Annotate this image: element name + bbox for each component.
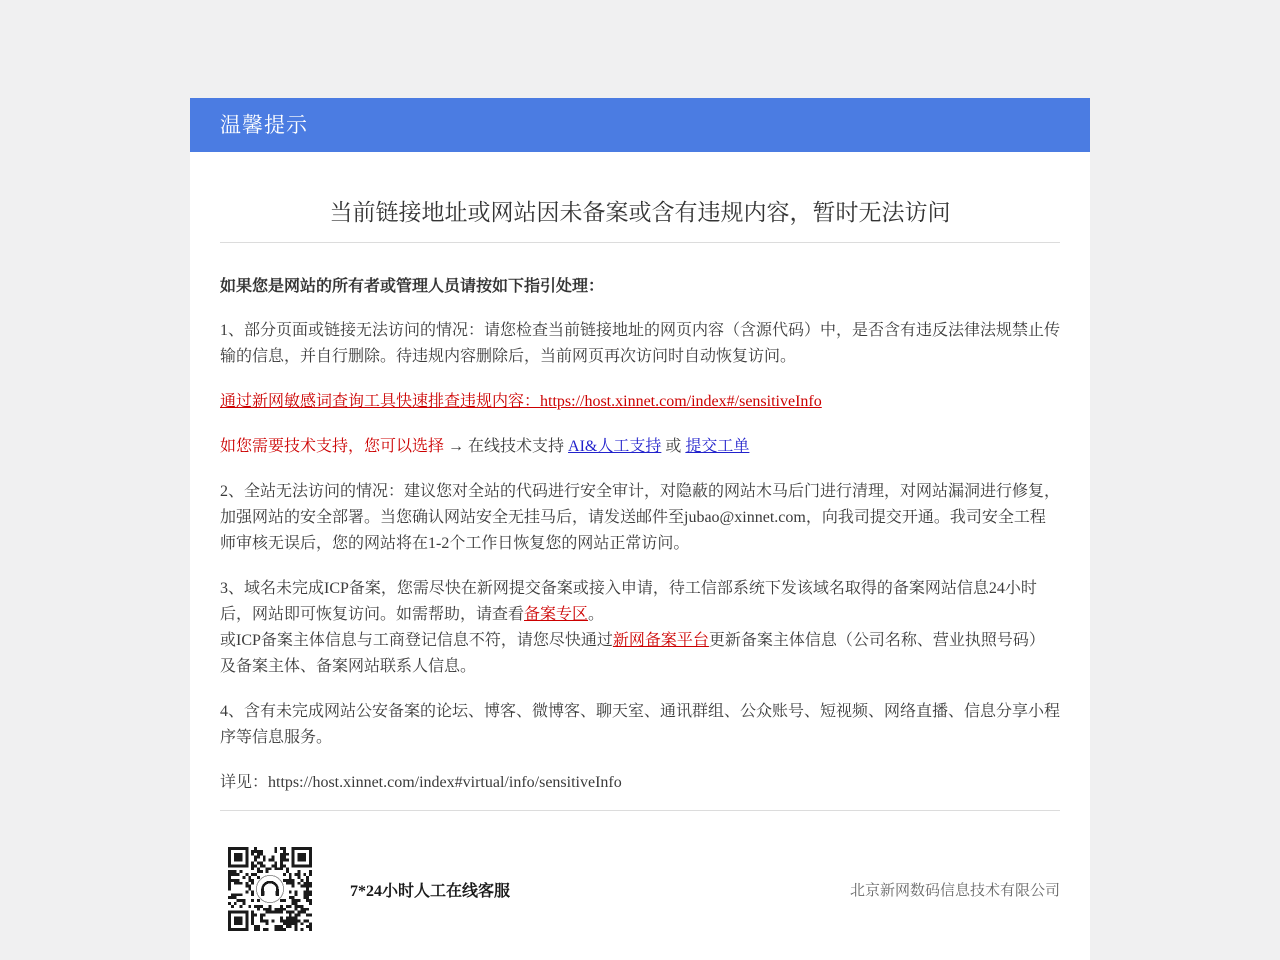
company-name: 北京新网数码信息技术有限公司: [850, 879, 1060, 900]
footer-divider: [220, 810, 1060, 811]
support-prefix-text: 如您需要技术支持，您可以选择: [220, 438, 444, 455]
support-paragraph: 如您需要技术支持，您可以选择 → 在线技术支持 AI&人工支持 或 提交工单: [220, 434, 1060, 460]
notice-header-bar: 温馨提示: [190, 98, 1090, 152]
sensitive-word-tool-link[interactable]: 通过新网敏感词查询工具快速排查违规内容：https://host.xinnet.…: [220, 393, 822, 410]
headset-icon: [256, 875, 283, 902]
intro-heading: 如果您是网站的所有者或管理人员请按如下指引处理：: [220, 275, 1060, 299]
sensitive-link-paragraph: 通过新网敏感词查询工具快速排查违规内容：https://host.xinnet.…: [220, 389, 1060, 415]
qr-caption: 7*24小时人工在线客服: [350, 878, 510, 901]
title-divider: [220, 242, 1060, 243]
item3-paragraph: 3、域名未完成ICP备案，您需尽快在新网提交备案或接入申请，待工信部系统下发该域…: [220, 576, 1060, 680]
beian-platform-link[interactable]: 新网备案平台: [613, 632, 709, 649]
footer: 7*24小时人工在线客服 北京新网数码信息技术有限公司: [220, 847, 1060, 931]
notice-content: 当前链接地址或网站因未备案或含有违规内容，暂时无法访问 如果您是网站的所有者或管…: [190, 198, 1090, 931]
ai-support-link[interactable]: AI&人工支持: [568, 438, 661, 455]
beian-zone-link[interactable]: 备案专区: [524, 606, 588, 623]
submit-ticket-link[interactable]: 提交工单: [685, 438, 749, 455]
item1-paragraph: 1、部分页面或链接无法访问的情况：请您检查当前链接地址的网页内容（含源代码）中，…: [220, 318, 1060, 370]
item3-text-1: 3、域名未完成ICP备案，您需尽快在新网提交备案或接入申请，待工信部系统下发该域…: [220, 580, 1037, 623]
notice-panel: 温馨提示 当前链接地址或网站因未备案或含有违规内容，暂时无法访问 如果您是网站的…: [190, 98, 1090, 960]
detail-url-text: 详见：https://host.xinnet.com/index#virtual…: [220, 770, 1060, 796]
item4-paragraph: 4、含有未完成网站公安备案的论坛、博客、微博客、聊天室、通讯群组、公众账号、短视…: [220, 699, 1060, 751]
notice-header-title: 温馨提示: [220, 113, 308, 137]
page-title: 当前链接地址或网站因未备案或含有违规内容，暂时无法访问: [230, 198, 1050, 228]
customer-service-qr-code: [228, 847, 312, 931]
item3-text-2: 。: [588, 606, 604, 623]
item2-paragraph: 2、全站无法访问的情况：建议您对全站的代码进行安全审计，对隐蔽的网站木马后门进行…: [220, 479, 1060, 557]
item3-text-3: 或ICP备案主体信息与工商登记信息不符，请您尽快通过: [220, 632, 613, 649]
support-or-text: 或: [661, 438, 685, 455]
support-middle-text: → 在线技术支持: [444, 438, 568, 455]
